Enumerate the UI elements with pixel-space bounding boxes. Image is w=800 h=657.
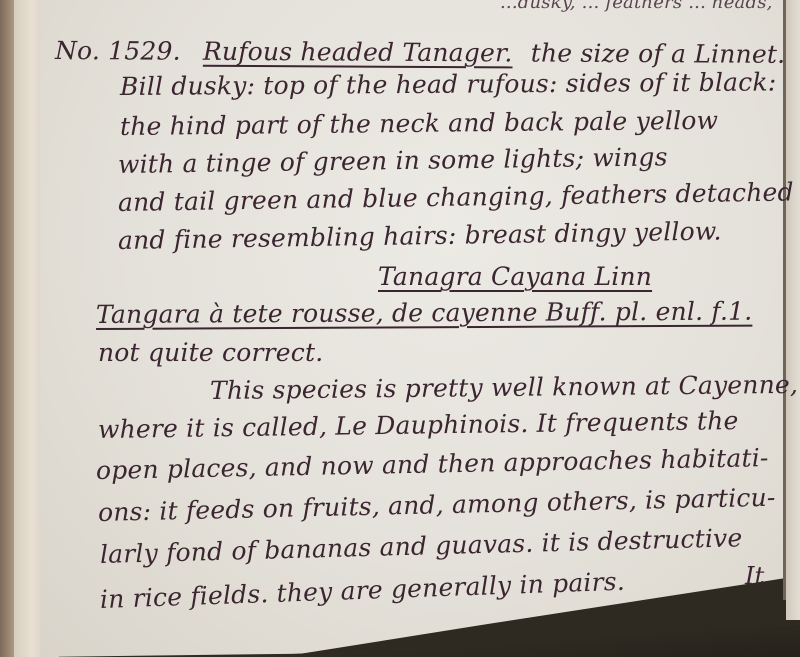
size-note: the size of a Linnet. (531, 38, 786, 68)
common-name: Rufous headed Tanager. (203, 37, 513, 68)
narrative-line-1: This species is pretty well known at Cay… (210, 370, 798, 405)
page-right-edge (783, 0, 786, 600)
entry-header: No. 1529. Rufous headed Tanager. the siz… (55, 36, 785, 69)
synonym-comment: not quite correct. (98, 338, 323, 367)
entry-number: 1529. (108, 36, 181, 65)
scientific-name: Tanagra Cayana Linn (378, 262, 652, 291)
narrative-text: This species is pretty well known at Cay… (210, 370, 798, 405)
top-fragment: ...dusky, ... feathers ... heads, (500, 0, 773, 13)
catchword: It (745, 562, 765, 590)
underlying-page (786, 0, 800, 620)
synonym-reference: Tangara à tete rousse, de cayenne Buff. … (96, 297, 752, 329)
manuscript-photo: ...dusky, ... feathers ... heads, No. 15… (0, 0, 800, 657)
description-line-1: Bill dusky: top of the head rufous: side… (120, 67, 777, 101)
entry-number-prefix: No. (55, 36, 100, 65)
